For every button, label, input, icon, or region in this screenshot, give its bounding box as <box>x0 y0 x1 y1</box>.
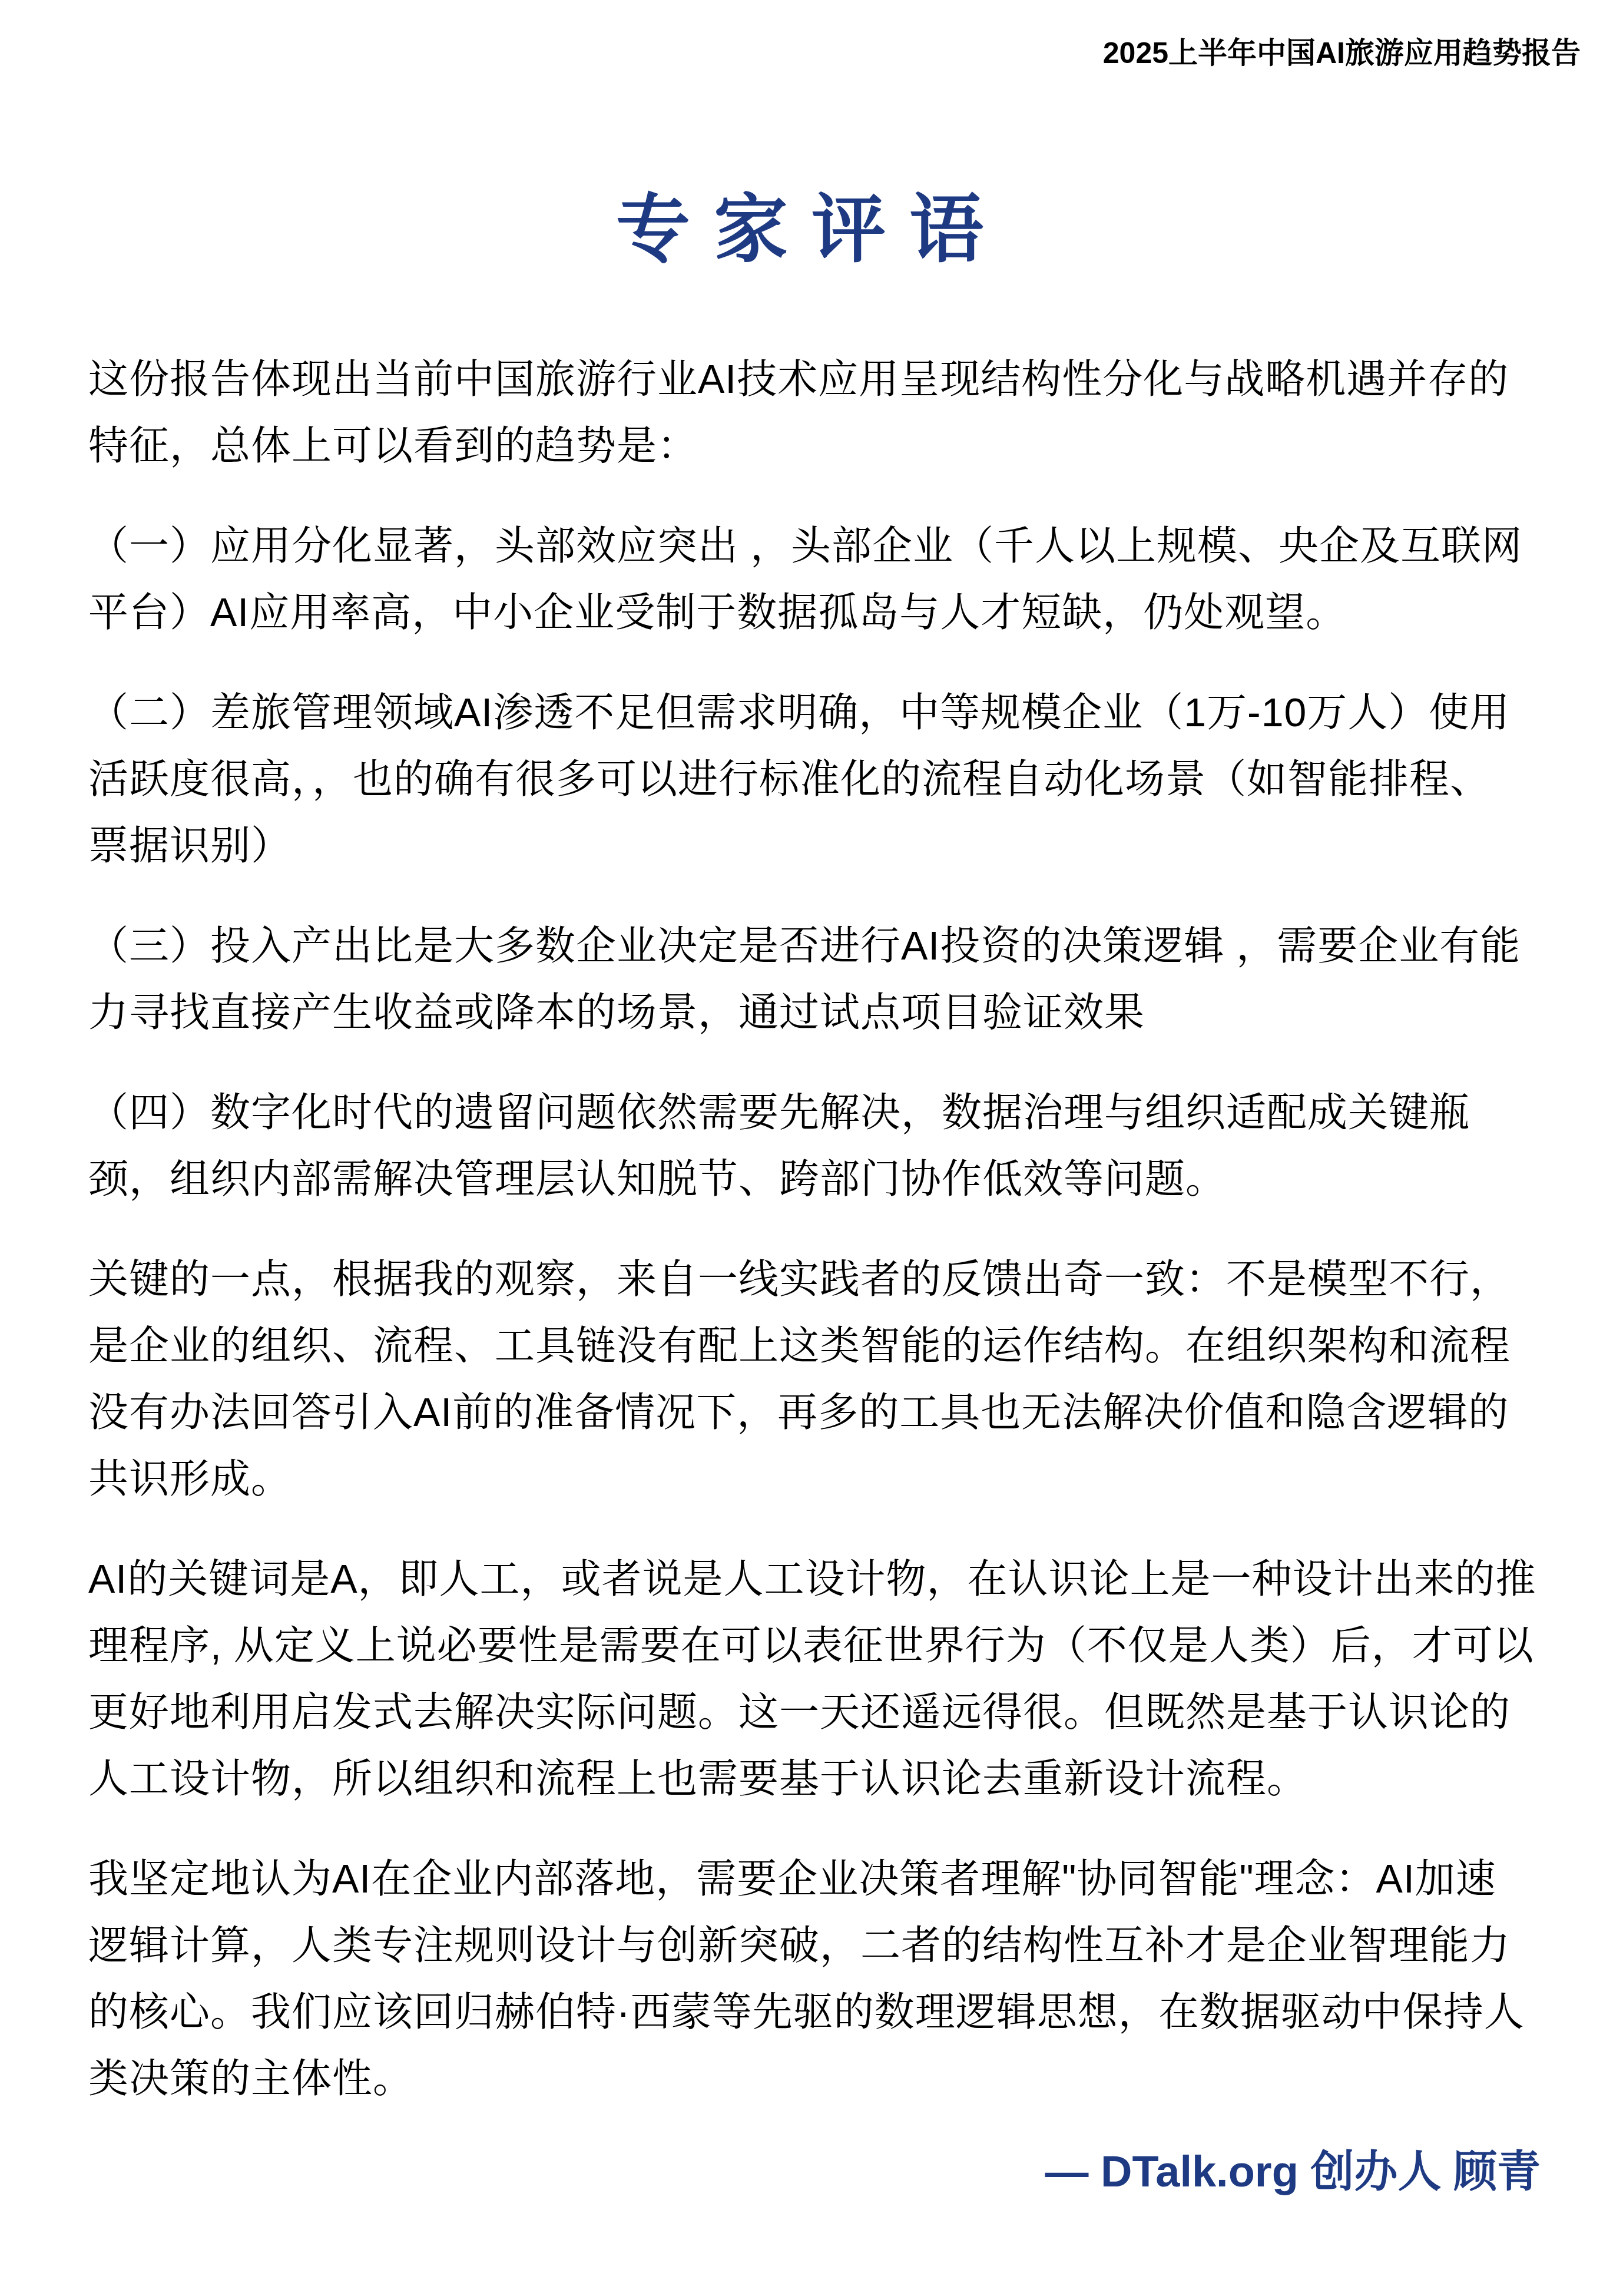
paragraph-conclusion: 我坚定地认为AI在企业内部落地，需要企业决策者理解"协同智能"理念：AI加速 逻… <box>88 1846 1541 2112</box>
paragraph-point-one: （一）应用分化显著，头部效应突出 ，头部企业（千人以上规模、央企及互联网 平台）… <box>88 513 1541 646</box>
paragraph-point-four: （四）数字化时代的遗留问题依然需要先解决，数据治理与组织适配成关键瓶 颈，组织内… <box>88 1080 1541 1213</box>
author-signature: — DTalk.org 创办人 顾青 <box>88 2146 1541 2198</box>
report-header: 2025上半年中国AI旅游应用趋势报告 <box>1103 35 1581 71</box>
paragraph-point-two: （二）差旅管理领域AI渗透不足但需求明确，中等规模企业（1万-10万人）使用 活… <box>88 680 1541 879</box>
paragraph-point-three: （三）投入产出比是大多数企业决定是否进行AI投资的决策逻辑 ，需要企业有能 力寻… <box>88 913 1541 1046</box>
page-title: 专家评语 <box>0 187 1623 273</box>
paragraph-intro: 这份报告体现出当前中国旅游行业AI技术应用呈现结构性分化与战略机遇并存的 特征，… <box>88 346 1541 479</box>
paragraph-observation: 关键的一点，根据我的观察，来自一线实践者的反馈出奇一致：不是模型不行， 是企业的… <box>88 1246 1541 1513</box>
paragraph-ai-keyword: AI的关键词是A，即人工，或者说是人工设计物，在认识论上是一种设计出来的推 理程… <box>88 1546 1541 1812</box>
expert-comments-body: 这份报告体现出当前中国旅游行业AI技术应用呈现结构性分化与战略机遇并存的 特征，… <box>88 346 1541 2198</box>
report-page: 2025上半年中国AI旅游应用趋势报告 专家评语 这份报告体现出当前中国旅游行业… <box>0 0 1623 2296</box>
